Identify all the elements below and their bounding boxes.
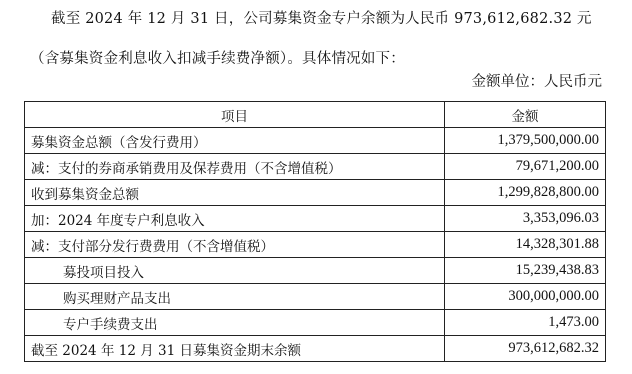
table-row: 募投项目投入 15,239,438.83 — [25, 258, 606, 284]
header-item: 项目 — [25, 102, 445, 128]
header-amount: 金额 — [445, 102, 606, 128]
row-amount: 15,239,438.83 — [445, 258, 606, 284]
table-row: 募集资金总额（含发行费用） 1,379,500,000.00 — [25, 128, 606, 154]
table-row: 购买理财产品支出 300,000,000.00 — [25, 284, 606, 310]
table-row: 专户手续费支出 1,473.00 — [25, 310, 606, 336]
row-amount: 1,379,500,000.00 — [445, 128, 606, 154]
paragraph-line-2: （含募集资金利息收入扣减手续费净额）。具体情况如下： — [30, 47, 405, 68]
row-amount: 1,473.00 — [445, 310, 606, 336]
paragraph-line-1: 截至 2024 年 12 月 31 日，公司募集资金专户余额为人民币 973,6… — [51, 7, 592, 28]
row-amount: 300,000,000.00 — [445, 284, 606, 310]
fund-balance-table: 项目 金额 募集资金总额（含发行费用） 1,379,500,000.00 减：支… — [24, 101, 606, 362]
table-row: 加：2024 年度专户利息收入 3,353,096.03 — [25, 206, 606, 232]
row-item: 减：支付部分发行费费用（不含增值税） — [25, 232, 445, 258]
row-item: 加：2024 年度专户利息收入 — [25, 206, 445, 232]
currency-unit-label: 金额单位：人民币元 — [472, 70, 603, 91]
table-row: 减：支付部分发行费费用（不含增值税） 14,328,301.88 — [25, 232, 606, 258]
row-item: 专户手续费支出 — [25, 310, 445, 336]
table-row: 减：支付的券商承销费用及保荐费用（不含增值税） 79,671,200.00 — [25, 154, 606, 180]
row-amount: 79,671,200.00 — [445, 154, 606, 180]
row-item: 募投项目投入 — [25, 258, 445, 284]
table-row-total: 截至 2024 年 12 月 31 日募集资金期末余额 973,612,682.… — [25, 336, 606, 362]
table-header-row: 项目 金额 — [25, 102, 606, 128]
row-item: 购买理财产品支出 — [25, 284, 445, 310]
row-item: 募集资金总额（含发行费用） — [25, 128, 445, 154]
row-amount: 1,299,828,800.00 — [445, 180, 606, 206]
table-row: 收到募集资金总额 1,299,828,800.00 — [25, 180, 606, 206]
row-item: 收到募集资金总额 — [25, 180, 445, 206]
row-amount: 3,353,096.03 — [445, 206, 606, 232]
row-item: 减：支付的券商承销费用及保荐费用（不含增值税） — [25, 154, 445, 180]
row-item: 截至 2024 年 12 月 31 日募集资金期末余额 — [25, 336, 445, 362]
row-amount: 14,328,301.88 — [445, 232, 606, 258]
row-amount: 973,612,682.32 — [445, 336, 606, 362]
